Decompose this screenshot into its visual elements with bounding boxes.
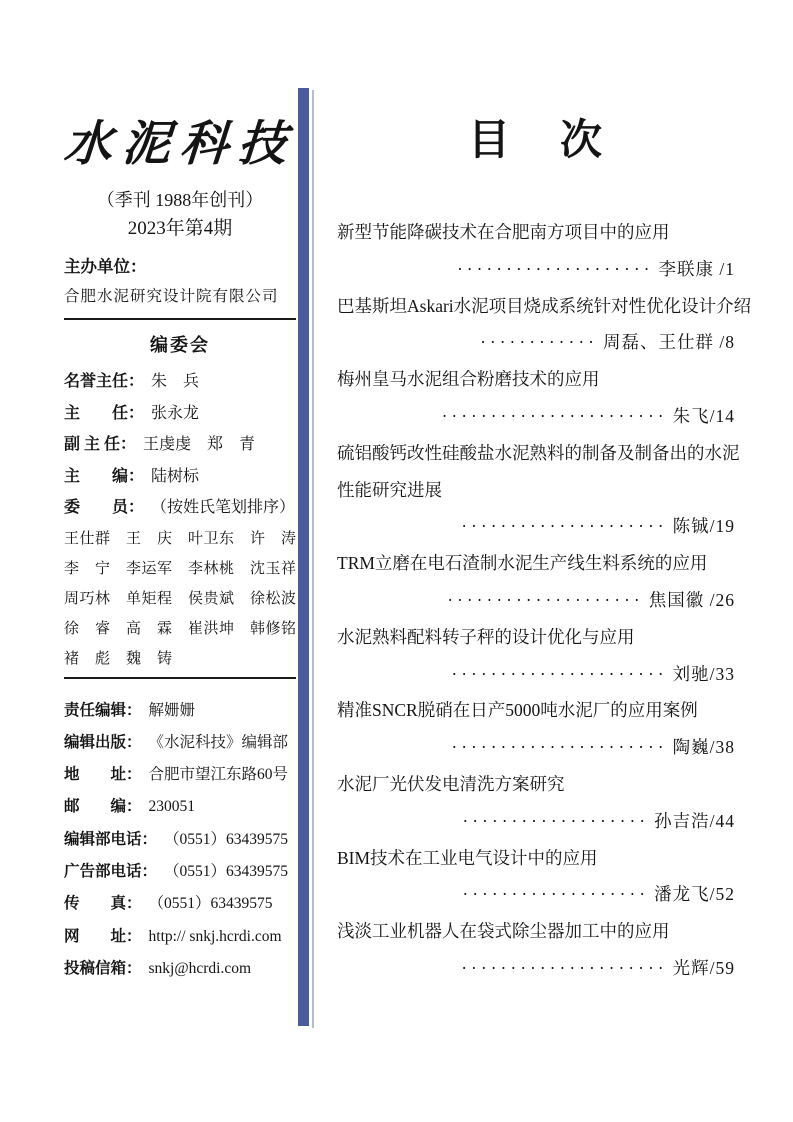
toc-entry-author-page: 孙吉浩/44 — [654, 811, 735, 831]
publication-info-value: 230051 — [149, 791, 196, 823]
publication-info-label: 传 真： — [64, 888, 142, 920]
board-member-row: 李 宁 李运军 李林桃 沈玉祥 — [64, 554, 296, 584]
organizer-block: 主办单位： 合肥水泥研究设计院有限公司 — [64, 256, 296, 308]
publication-info-value: 解姗姗 — [149, 695, 196, 727]
toc-entry-title: 性能研究进展 — [337, 472, 737, 509]
publication-info-label: 邮 编： — [64, 791, 142, 823]
toc-entry-title: 硫铝酸钙改性硅酸盐水泥熟料的制备及制备出的水泥 — [337, 435, 737, 472]
journal-title: 水泥科技 — [61, 106, 298, 184]
toc-entry-byline: ·····················光辉/59 — [337, 950, 737, 987]
publication-info-row: 邮 编：230051 — [64, 791, 296, 823]
toc-list: 新型节能降碳技术在合肥南方项目中的应用····················李… — [337, 214, 737, 987]
toc-entry-byline: ·····················陈铖/19 — [337, 508, 737, 545]
toc-entry: 梅州皇马水泥组合粉磨技术的应用·······················朱飞… — [337, 361, 737, 435]
publication-info-label: 编辑出版： — [64, 727, 142, 759]
board-role-label: 副 主 任： — [64, 429, 136, 461]
vertical-accent-bar — [298, 88, 309, 1026]
board-role-value: 陆树标 — [151, 461, 199, 493]
publication-info-value: 《水泥科技》编辑部 — [149, 727, 289, 759]
board-role-label: 主 任： — [64, 398, 144, 430]
publication-info-row: 责任编辑：解姗姗 — [64, 695, 296, 727]
toc-entry: 浅淡工业机器人在袋式除尘器加工中的应用·····················… — [337, 913, 737, 987]
toc-entry: BIM技术在工业电气设计中的应用···················潘龙飞/5… — [337, 840, 737, 914]
toc-entry-author-page: 刘驰/33 — [673, 664, 735, 684]
publication-info-row: 编辑部电话：（0551）63439575 — [64, 824, 296, 856]
toc-entry-author-page: 潘龙飞/52 — [654, 884, 735, 904]
toc-dot-leader: ······················ — [451, 664, 667, 684]
toc-entry: 精准SNCR脱硝在日产5000吨水泥厂的应用案例················… — [337, 692, 737, 766]
toc-entry-byline: ···················潘龙飞/52 — [337, 876, 737, 913]
organizer-label: 主办单位： — [64, 256, 296, 278]
toc-entry-title: 水泥厂光伏发电清洗方案研究 — [337, 766, 737, 803]
toc-entry-title: 梅州皇马水泥组合粉磨技术的应用 — [337, 361, 737, 398]
editorial-board-members: 王仕群 王 庆 叶卫东 许 涛李 宁 李运军 李林桃 沈玉祥周巧林 单矩程 侯贵… — [64, 524, 296, 674]
board-role-row: 主 任：张永龙 — [64, 398, 296, 430]
publication-info-value: http:// snkj.hcrdi.com — [149, 921, 282, 953]
board-role-value: （按姓氏笔划排序） — [151, 492, 295, 524]
publication-info-row: 地 址：合肥市望江东路60号 — [64, 759, 296, 791]
board-role-label: 委 员： — [64, 492, 144, 524]
editorial-board-heading: 编委会 — [64, 332, 296, 358]
toc-entry-byline: ······················刘驰/33 — [337, 656, 737, 693]
board-role-label: 主 编： — [64, 461, 144, 493]
toc-dot-leader: ············ — [480, 332, 598, 352]
board-member-row: 褚 彪 魏 铸 — [64, 644, 296, 674]
publication-info-row: 投稿信箱：snkj@hcrdi.com — [64, 953, 296, 985]
toc-entry: 硫铝酸钙改性硅酸盐水泥熟料的制备及制备出的水泥性能研究进展···········… — [337, 435, 737, 545]
journal-subtitle: （季刊 1988年创刊） — [64, 188, 296, 212]
publication-info-label: 编辑部电话： — [64, 824, 157, 856]
toc-entry: 水泥熟料配料转子秤的设计优化与应用······················刘… — [337, 619, 737, 693]
toc-entry-author-page: 朱飞/14 — [673, 406, 735, 426]
publication-info-label: 投稿信箱： — [64, 953, 142, 985]
toc-entry: 新型节能降碳技术在合肥南方项目中的应用····················李… — [337, 214, 737, 288]
board-member-row: 王仕群 王 庆 叶卫东 许 涛 — [64, 524, 296, 554]
toc-entry-byline: ···················孙吉浩/44 — [337, 803, 737, 840]
vertical-accent-bar-shadow — [312, 90, 314, 1028]
toc-heading: 目 次 — [337, 120, 737, 162]
board-role-label: 名誉主任： — [64, 366, 144, 398]
toc-entry: TRM立磨在电石渣制水泥生产线生料系统的应用··················… — [337, 545, 737, 619]
toc-dot-leader: ···················· — [457, 259, 654, 279]
toc-entry-author-page: 李联康 /1 — [659, 259, 736, 279]
publication-info-value: （0551）63439575 — [164, 824, 288, 856]
publication-info-label: 广告部电话： — [64, 856, 157, 888]
toc-entry-title: 巴基斯坦Askari水泥项目烧成系统针对性优化设计介绍 — [337, 288, 737, 325]
toc-dot-leader: ··················· — [462, 811, 649, 831]
toc-dot-leader: ···················· — [447, 590, 644, 610]
publication-info: 责任编辑：解姗姗编辑出版：《水泥科技》编辑部地 址：合肥市望江东路60号邮 编：… — [64, 695, 296, 986]
toc-entry-title: 精准SNCR脱硝在日产5000吨水泥厂的应用案例 — [337, 692, 737, 729]
toc-entry-byline: ····················焦国徽 /26 — [337, 582, 737, 619]
toc-dot-leader: ··················· — [462, 884, 649, 904]
board-member-row: 周巧林 单矩程 侯贵斌 徐松波 — [64, 584, 296, 614]
publication-info-value: snkj@hcrdi.com — [149, 953, 252, 985]
toc-entry-author-page: 焦国徽 /26 — [649, 590, 735, 610]
publication-info-label: 责任编辑： — [64, 695, 142, 727]
publication-info-row: 广告部电话：（0551）63439575 — [64, 856, 296, 888]
left-column: 水泥科技 （季刊 1988年创刊） 2023年第4期 主办单位： 合肥水泥研究设… — [64, 106, 296, 985]
board-role-row: 名誉主任：朱 兵 — [64, 366, 296, 398]
board-role-row: 主 编：陆树标 — [64, 461, 296, 493]
toc-entry-byline: ····················李联康 /1 — [337, 251, 737, 288]
toc-entry-byline: ······················陶巍/38 — [337, 729, 737, 766]
toc-entry: 巴基斯坦Askari水泥项目烧成系统针对性优化设计介绍············周… — [337, 288, 737, 362]
masthead: 水泥科技 （季刊 1988年创刊） 2023年第4期 — [64, 106, 296, 242]
board-role-value: 朱 兵 — [151, 366, 199, 398]
board-role-value: 张永龙 — [151, 398, 199, 430]
divider-top — [64, 318, 296, 320]
toc-entry-title: 水泥熟料配料转子秤的设计优化与应用 — [337, 619, 737, 656]
toc-dot-leader: ····················· — [461, 516, 667, 536]
publication-info-row: 编辑出版：《水泥科技》编辑部 — [64, 727, 296, 759]
journal-cover-page: 水泥科技 （季刊 1988年创刊） 2023年第4期 主办单位： 合肥水泥研究设… — [0, 0, 793, 1122]
toc-entry-author-page: 光辉/59 — [673, 958, 735, 978]
toc-entry-title: BIM技术在工业电气设计中的应用 — [337, 840, 737, 877]
divider-bottom — [64, 677, 296, 679]
board-role-row: 委 员：（按姓氏笔划排序） — [64, 492, 296, 524]
publication-info-value: 合肥市望江东路60号 — [149, 759, 289, 791]
toc-entry-author-page: 周磊、王仕群 /8 — [603, 332, 735, 352]
toc-dot-leader: ····················· — [461, 958, 667, 978]
toc-entry-author-page: 陈铖/19 — [673, 516, 735, 536]
toc-entry-title: 新型节能降碳技术在合肥南方项目中的应用 — [337, 214, 737, 251]
board-member-row: 徐 睿 高 霖 崔洪坤 韩修铭 — [64, 614, 296, 644]
board-role-row: 副 主 任：王虔虔 郑 青 — [64, 429, 296, 461]
publication-info-row: 网 址：http:// snkj.hcrdi.com — [64, 921, 296, 953]
publication-info-row: 传 真：（0551）63439575 — [64, 888, 296, 920]
toc-dot-leader: ······················· — [442, 406, 668, 426]
toc-entry-byline: ············周磊、王仕群 /8 — [337, 324, 737, 361]
publication-info-value: （0551）63439575 — [164, 856, 288, 888]
toc-entry-byline: ·······················朱飞/14 — [337, 398, 737, 435]
publication-info-value: （0551）63439575 — [149, 888, 273, 920]
table-of-contents: 目 次 新型节能降碳技术在合肥南方项目中的应用·················… — [337, 120, 737, 987]
publication-info-label: 地 址： — [64, 759, 142, 791]
toc-dot-leader: ······················ — [451, 737, 667, 757]
toc-entry-title: TRM立磨在电石渣制水泥生产线生料系统的应用 — [337, 545, 737, 582]
organizer-name: 合肥水泥研究设计院有限公司 — [64, 286, 296, 308]
editorial-board-roles: 名誉主任：朱 兵主 任：张永龙副 主 任：王虔虔 郑 青主 编：陆树标委 员：（… — [64, 366, 296, 524]
publication-info-label: 网 址： — [64, 921, 142, 953]
toc-entry: 水泥厂光伏发电清洗方案研究···················孙吉浩/44 — [337, 766, 737, 840]
journal-issue: 2023年第4期 — [64, 216, 296, 242]
toc-entry-author-page: 陶巍/38 — [673, 737, 735, 757]
board-role-value: 王虔虔 郑 青 — [143, 429, 255, 461]
toc-entry-title: 浅淡工业机器人在袋式除尘器加工中的应用 — [337, 913, 737, 950]
